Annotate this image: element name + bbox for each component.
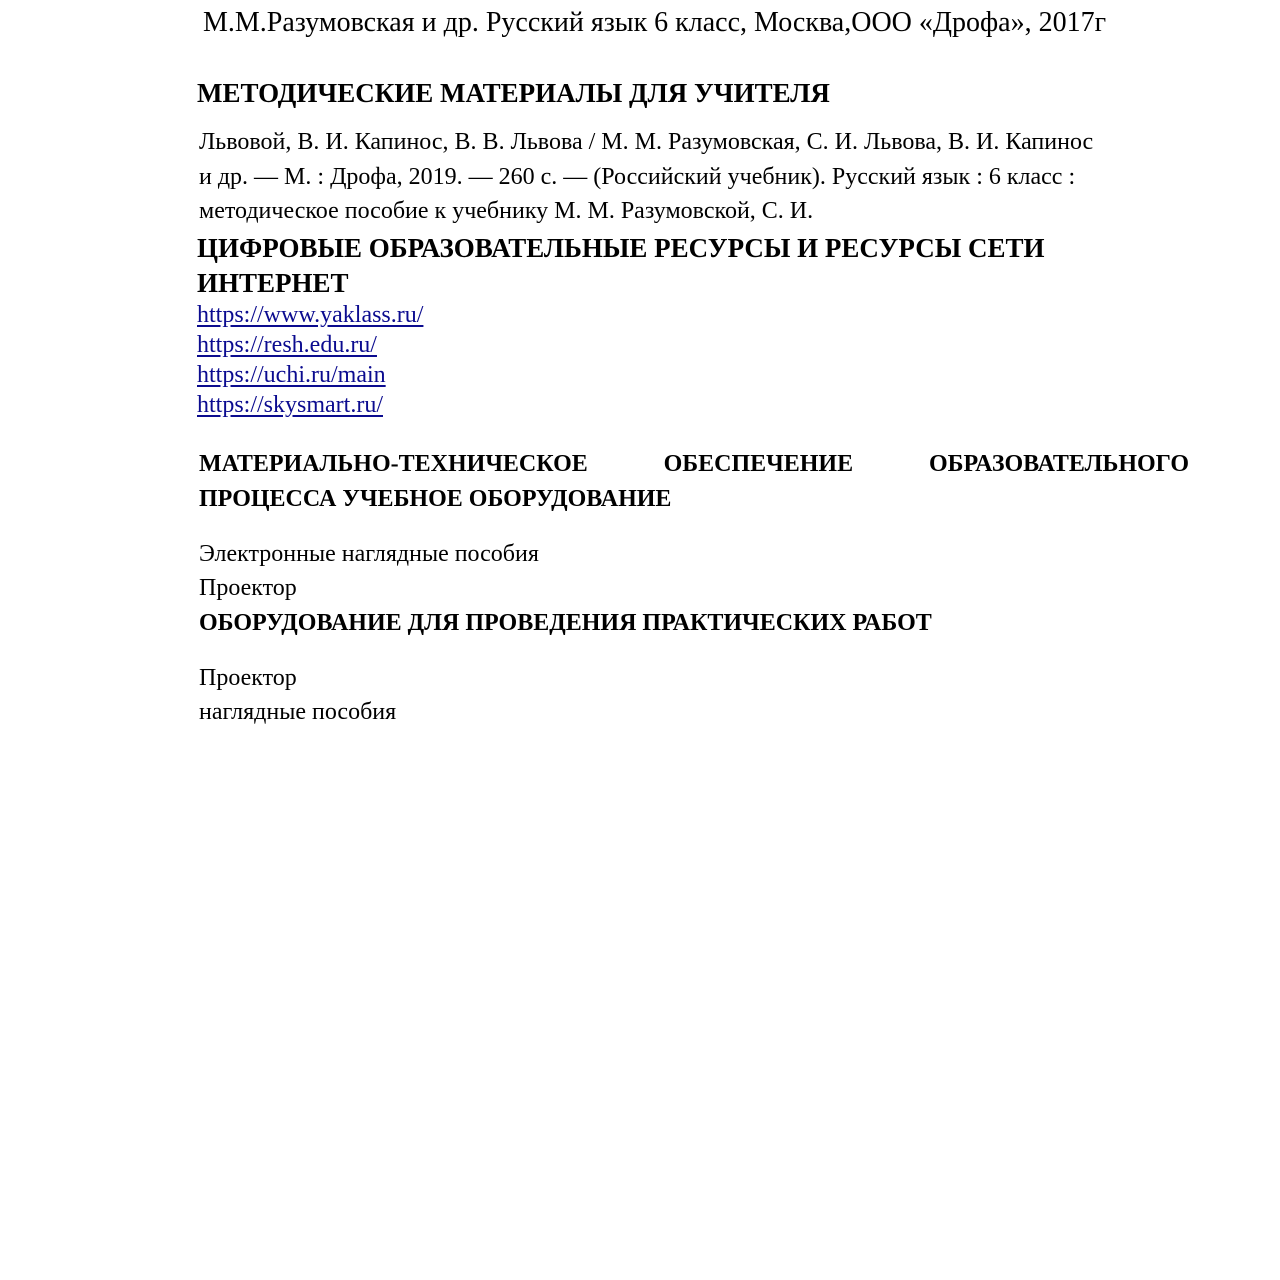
link-resh[interactable]: https://resh.edu.ru/ xyxy=(197,330,377,360)
equipment-heading-word: ОБЕСПЕЧЕНИЕ xyxy=(664,451,854,477)
document-page: М.М.Разумовская и др. Русский язык 6 кла… xyxy=(0,0,1280,1280)
link-skysmart[interactable]: https://skysmart.ru/ xyxy=(197,390,383,420)
equipment-heading-word: ОБРАЗОВАТЕЛЬНОГО xyxy=(929,451,1189,477)
teacher-materials-line: методическое пособие к учебнику М. М. Ра… xyxy=(199,194,813,228)
equipment-item: Электронные наглядные пособия xyxy=(199,537,539,571)
practical-equipment-item: наглядные пособия xyxy=(199,695,396,729)
digital-resources-heading-cont: ИНТЕРНЕТ xyxy=(197,266,349,300)
link-yaklass[interactable]: https://www.yaklass.ru/ xyxy=(197,300,423,330)
equipment-heading-cont: ПРОЦЕССА УЧЕБНОЕ ОБОРУДОВАНИЕ xyxy=(199,482,671,516)
equipment-heading-word: МАТЕРИАЛЬНО-ТЕХНИЧЕСКОЕ xyxy=(199,451,588,477)
practical-equipment-item: Проектор xyxy=(199,661,297,695)
teacher-materials-heading: МЕТОДИЧЕСКИЕ МАТЕРИАЛЫ ДЛЯ УЧИТЕЛЯ xyxy=(197,76,830,110)
teacher-materials-line: Львовой, В. И. Капинос, В. В. Львова / М… xyxy=(199,125,1093,159)
digital-resources-heading: ЦИФРОВЫЕ ОБРАЗОВАТЕЛЬНЫЕ РЕСУРСЫ И РЕСУР… xyxy=(197,231,1044,265)
textbook-reference: М.М.Разумовская и др. Русский язык 6 кла… xyxy=(203,5,1106,41)
teacher-materials-line: и др. — М. : Дрофа, 2019. — 260 с. — (Ро… xyxy=(199,160,1075,194)
equipment-item: Проектор xyxy=(199,571,297,605)
equipment-heading: МАТЕРИАЛЬНО-ТЕХНИЧЕСКОЕ ОБЕСПЕЧЕНИЕ ОБРА… xyxy=(199,447,1189,481)
practical-equipment-heading: ОБОРУДОВАНИЕ ДЛЯ ПРОВЕДЕНИЯ ПРАКТИЧЕСКИХ… xyxy=(199,606,932,640)
link-uchi[interactable]: https://uchi.ru/main xyxy=(197,360,386,390)
